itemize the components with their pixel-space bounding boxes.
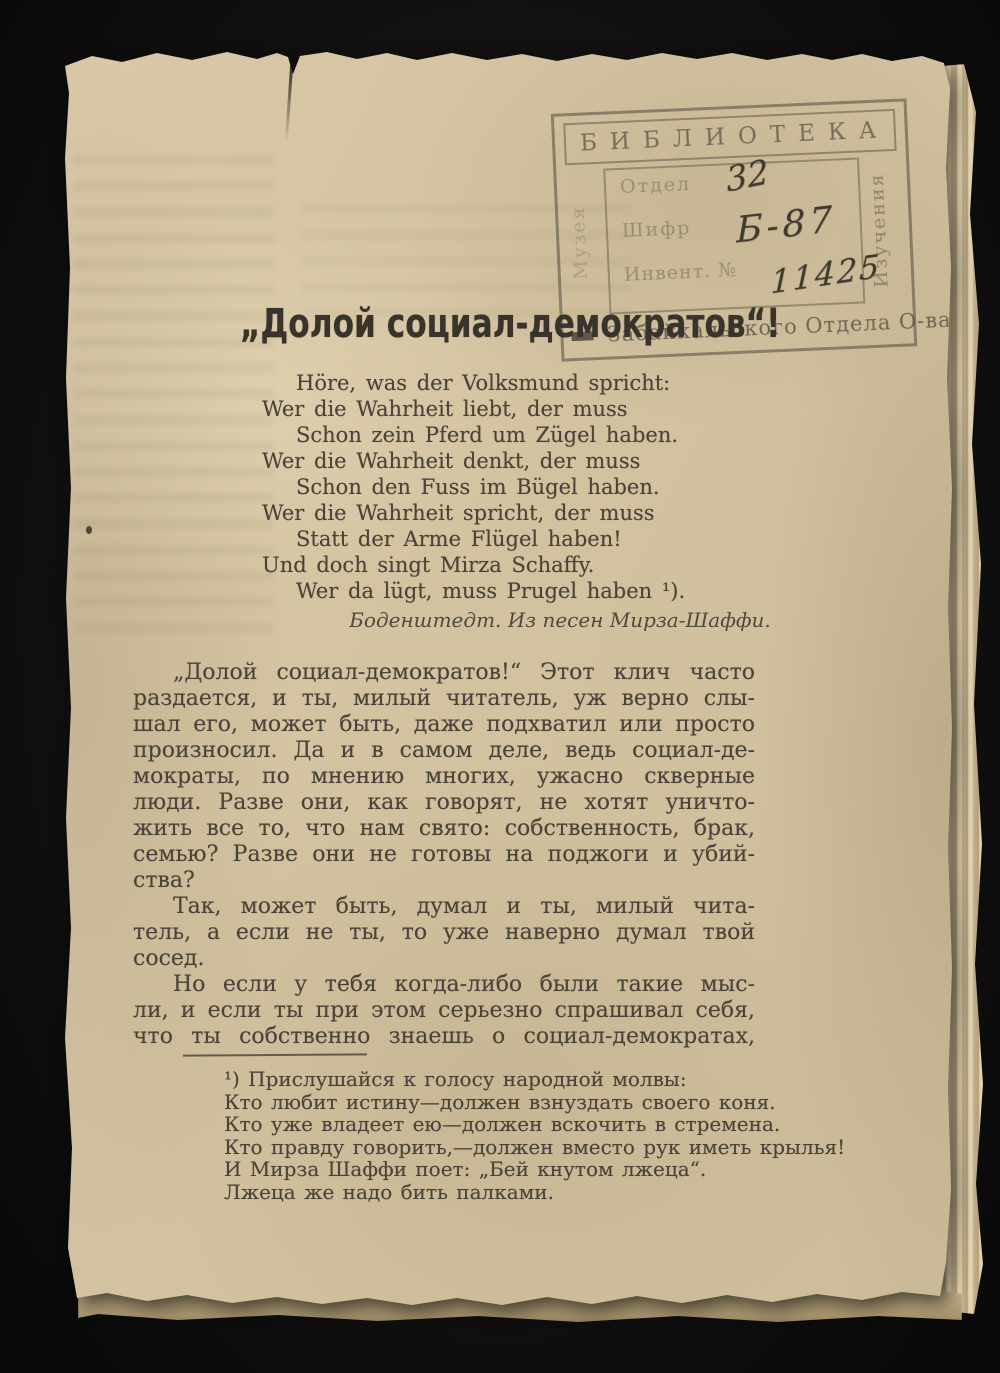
- body-line: семью? Разве они не готовы на поджоги и …: [133, 842, 755, 868]
- poem-line: Höre, was der Volksmund spricht:: [262, 370, 685, 396]
- body-line: раздается, и ты, милый читатель, уж верн…: [133, 686, 755, 712]
- poem-epigraph: Höre, was der Volksmund spricht:Wer die …: [262, 370, 685, 604]
- stamp-handwritten-department: 32: [724, 152, 770, 201]
- body-line: Так, может быть, думал и ты, милый чита-: [133, 894, 755, 920]
- book-page: БИБЛИОТЕКА Музея Отдел Шифр Инвент. №: [62, 48, 952, 1310]
- stamp-field-label: Отдел: [620, 173, 692, 198]
- body-line: тель, а если не ты, то уже наверно думал…: [133, 920, 755, 946]
- stamp-field-label: Шифр: [621, 217, 691, 242]
- footnote-line: И Мирза Шаффи поет: „Бей кнутом лжеца“.: [224, 1158, 824, 1181]
- poem-line: Wer da lügt, muss Prugel haben ¹).: [262, 578, 685, 604]
- footnote-separator: [183, 1053, 367, 1056]
- body-line: „Долой социал-демократов!“ Этот клич час…: [133, 660, 755, 686]
- poem-line: Schon zein Pferd um Zügel haben.: [262, 422, 685, 448]
- body-line: произносил. Да и в самом деле, ведь соци…: [133, 738, 755, 764]
- body-line: ли, и если ты при этом серьезно спрашива…: [133, 998, 755, 1024]
- footnote-line: Кто любит истину—должен взнуздать своего…: [224, 1091, 824, 1114]
- page-title: „Долой социал-демократов“!: [240, 300, 780, 348]
- bleed-through-texture: [74, 153, 274, 633]
- stamp-header: БИБЛИОТЕКА: [563, 109, 897, 165]
- body-text: „Долой социал-демократов!“ Этот клич час…: [133, 660, 755, 1050]
- paper-tear-crack: [285, 50, 294, 142]
- book-page-wrap: БИБЛИОТЕКА Музея Отдел Шифр Инвент. №: [62, 48, 952, 1310]
- poem-line: Wer die Wahrheit spricht, der muss: [262, 500, 685, 526]
- stamp-field-label: Инвент. №: [623, 259, 737, 286]
- body-line: люди. Разве они, как говорят, не хотят у…: [133, 790, 755, 816]
- poem-line: Schon den Fuss im Bügel haben.: [262, 474, 685, 500]
- body-line: мократы, по мнению многих, ужасно скверн…: [133, 764, 755, 790]
- poem-line: Wer die Wahrheit liebt, der muss: [262, 396, 685, 422]
- footnote-line: ¹) Прислушайся к голосу народной молвы:: [224, 1068, 824, 1091]
- footnote-line: Лжеца же надо бить палками.: [224, 1181, 824, 1204]
- poem-line: Und doch singt Mirza Schaffy.: [262, 552, 685, 578]
- footnote-line: Кто уже владеет ею—должен вскочить в стр…: [224, 1113, 824, 1136]
- footnote: ¹) Прислушайся к голосу народной молвы:К…: [224, 1068, 824, 1203]
- footnote-line: Кто правду говорить,—должен вместо рук и…: [224, 1136, 824, 1159]
- body-line: жить все то, что нам свято: собственност…: [133, 816, 755, 842]
- body-line: Но если у тебя когда-либо были такие мыс…: [133, 972, 755, 998]
- body-line: что ты собственно знаешь о социал-демокр…: [133, 1024, 755, 1050]
- body-line: ства?: [133, 868, 755, 894]
- photo-background: БИБЛИОТЕКА Музея Отдел Шифр Инвент. №: [0, 0, 1000, 1373]
- body-line: сосед.: [133, 946, 755, 972]
- stamp-middle-section: Музея Отдел Шифр Инвент. № Изучения 32: [565, 156, 903, 316]
- stamp-side-text-left: Музея: [565, 169, 603, 316]
- ink-speck: [86, 526, 92, 534]
- poem-line: Wer die Wahrheit denkt, der muss: [262, 448, 685, 474]
- body-line: шал его, может быть, даже подхватил или …: [133, 712, 755, 738]
- poem-attribution: Боденштедт. Из песен Мирза-Шаффи.: [340, 608, 780, 632]
- poem-line: Statt der Arme Flügel haben!: [262, 526, 685, 552]
